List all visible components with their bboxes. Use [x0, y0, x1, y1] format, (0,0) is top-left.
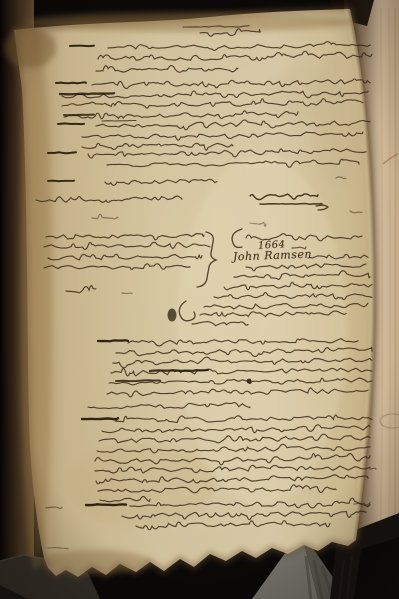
manuscript-photograph: 1664 John Ramsen	[0, 0, 399, 599]
photo-vignette	[0, 0, 399, 599]
manuscript-scene	[0, 0, 399, 599]
legible-name-text: John Ramsen	[233, 248, 312, 264]
